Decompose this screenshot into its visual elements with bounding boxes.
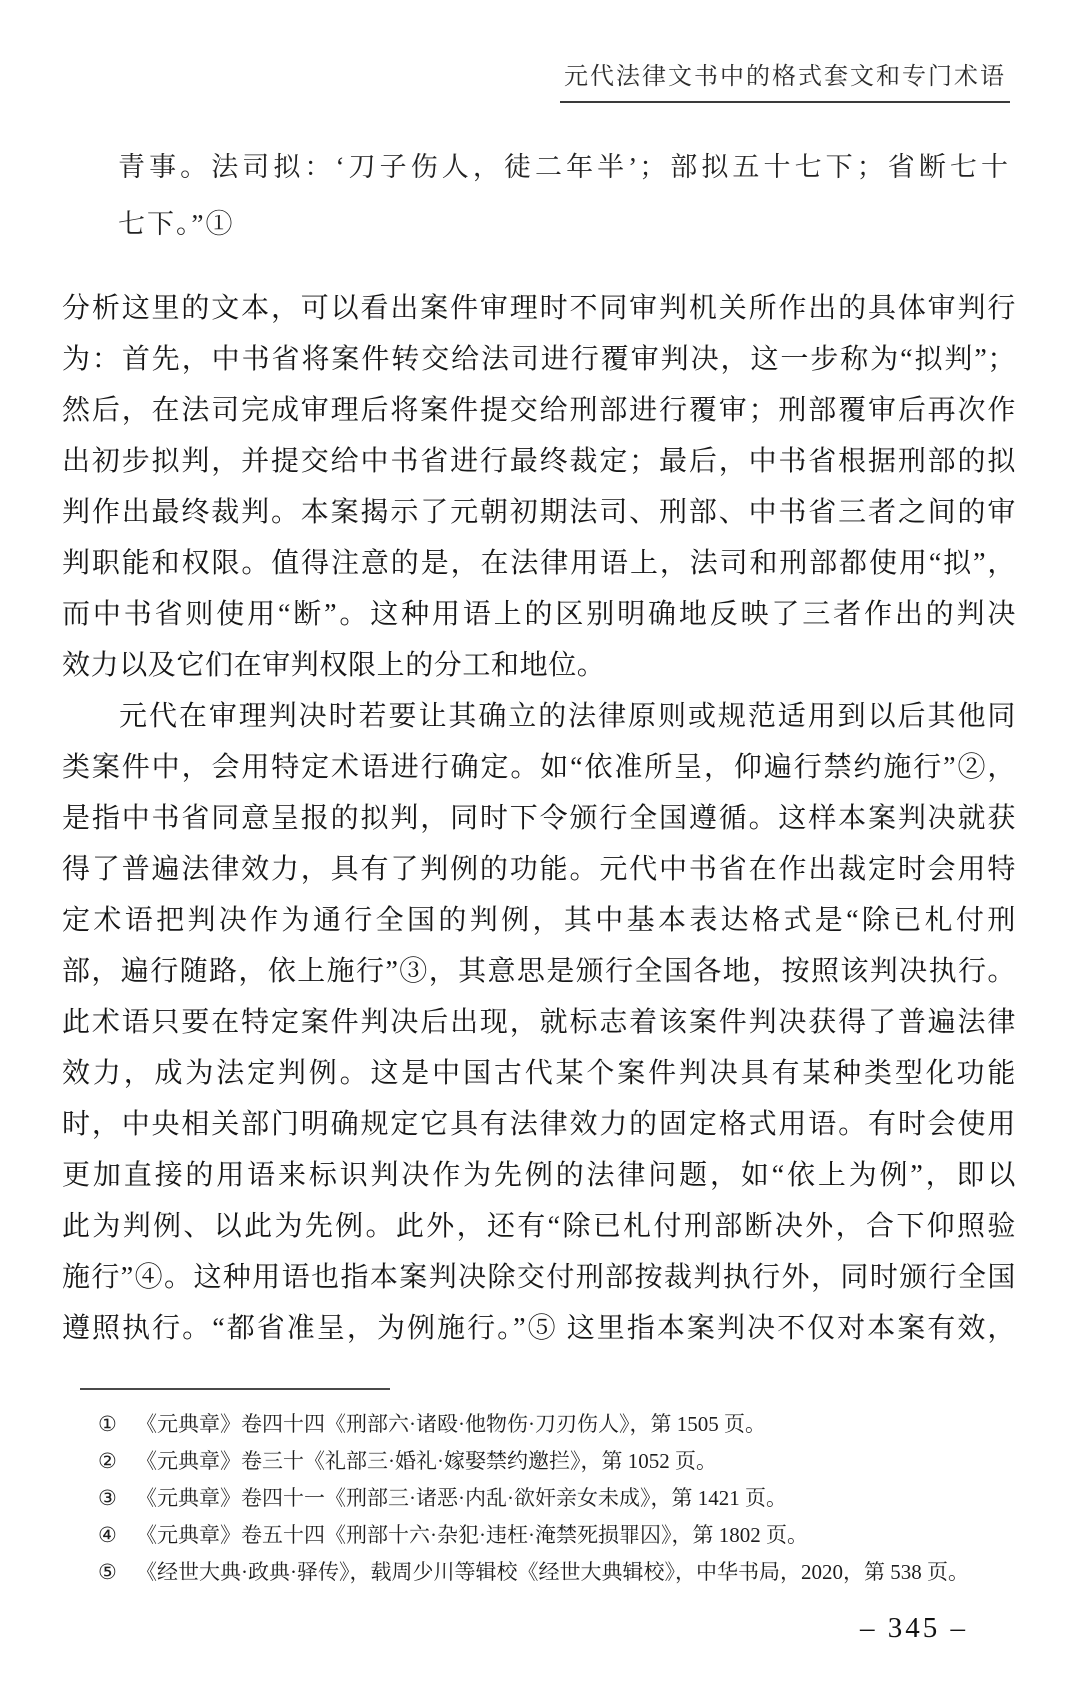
body-line: 定术语把判决作为通行全国的判例，其中基本表达格式是“除已札付刑 — [62, 895, 1016, 946]
footnote-marker: ③ — [98, 1480, 136, 1517]
body-line: 为：首先，中书省将案件转交给法司进行覆审判决，这一步称为“拟判”； — [62, 334, 1016, 385]
footnote-text: 《经世大典·政典·驿传》，载周少川等辑校《经世大典辑校》，中华书局，2020，第… — [136, 1554, 1014, 1591]
body-text: 分析这里的文本，可以看出案件审理时不同审判机关所作出的具体审判行 为：首先，中书… — [62, 283, 1016, 1354]
footnote-item: ② 《元典章》卷三十《礼部三·婚礼·嫁娶禁约邀拦》，第 1052 页。 — [98, 1443, 1014, 1480]
document-page: 元代法律文书中的格式套文和专门术语 青事。法司拟：‘刀子伤人，徒二年半’；部拟五… — [0, 0, 1080, 1695]
footnote-marker: ⑤ — [98, 1554, 136, 1591]
footnote-marker: ② — [98, 1443, 136, 1480]
footnote-marker: ① — [98, 1406, 136, 1443]
body-line: 效力，成为法定判例。这是中国古代某个案件判决具有某种类型化功能 — [62, 1048, 1016, 1099]
body-line: 得了普遍法律效力，具有了判例的功能。元代中书省在作出裁定时会用特 — [62, 844, 1016, 895]
paragraph-1: 分析这里的文本，可以看出案件审理时不同审判机关所作出的具体审判行 为：首先，中书… — [62, 283, 1016, 691]
page-header: 元代法律文书中的格式套文和专门术语 — [0, 0, 1080, 103]
footnote-text: 《元典章》卷四十四《刑部六·诸殴·他物伤·刀刃伤人》，第 1505 页。 — [136, 1406, 1014, 1443]
running-title: 元代法律文书中的格式套文和专门术语 — [560, 56, 1010, 103]
body-line: 出初步拟判，并提交给中书省进行最终裁定；最后，中书省根据刑部的拟 — [62, 436, 1016, 487]
body-line: 效力以及它们在审判权限上的分工和地位。 — [62, 640, 1016, 691]
footnote-marker: ④ — [98, 1517, 136, 1554]
footnote-item: ③ 《元典章》卷四十一《刑部三·诸恶·内乱·欲奸亲女未成》，第 1421 页。 — [98, 1480, 1014, 1517]
footnote-item: ④ 《元典章》卷五十四《刑部十六·杂犯·违枉·淹禁死损罪囚》，第 1802 页。 — [98, 1517, 1014, 1554]
body-line: 遵照执行。“都省准呈，为例施行。”⑤ 这里指本案判决不仅对本案有效， — [62, 1303, 1016, 1354]
body-line: 此术语只要在特定案件判决后出现，就标志着该案件判决获得了普遍法律 — [62, 997, 1016, 1048]
body-line: 更加直接的用语来标识判决作为先例的法律问题，如“依上为例”，即以 — [62, 1150, 1016, 1201]
paragraph-2: 元代在审理判决时若要让其确立的法律原则或规范适用到以后其他同 类案件中，会用特定… — [62, 691, 1016, 1354]
body-line: 判作出最终裁判。本案揭示了元朝初期法司、刑部、中书省三者之间的审 — [62, 487, 1016, 538]
body-line: 元代在审理判决时若要让其确立的法律原则或规范适用到以后其他同 — [62, 691, 1016, 742]
footnote-item: ⑤ 《经世大典·政典·驿传》，载周少川等辑校《经世大典辑校》，中华书局，2020… — [98, 1554, 1014, 1591]
footnote-text: 《元典章》卷五十四《刑部十六·杂犯·违枉·淹禁死损罪囚》，第 1802 页。 — [136, 1517, 1014, 1554]
body-line: 分析这里的文本，可以看出案件审理时不同审判机关所作出的具体审判行 — [62, 283, 1016, 334]
page-number: – 345 – — [860, 1612, 968, 1645]
body-line: 此为判例、以此为先例。此外，还有“除已札付刑部断决外，合下仰照验 — [62, 1201, 1016, 1252]
footnote-item: ① 《元典章》卷四十四《刑部六·诸殴·他物伤·刀刃伤人》，第 1505 页。 — [98, 1406, 1014, 1443]
footnotes: ① 《元典章》卷四十四《刑部六·诸殴·他物伤·刀刃伤人》，第 1505 页。 ②… — [98, 1406, 1014, 1591]
body-line: 而中书省则使用“断”。这种用语上的区别明确地反映了三者作出的判决 — [62, 589, 1016, 640]
body-line: 部，遍行随路，依上施行”③，其意思是颁行全国各地，按照该判决执行。 — [62, 946, 1016, 997]
body-line: 时，中央相关部门明确规定它具有法律效力的固定格式用语。有时会使用 — [62, 1099, 1016, 1150]
body-line: 然后，在法司完成审理后将案件提交给刑部进行覆审；刑部覆审后再次作 — [62, 385, 1016, 436]
body-line: 类案件中，会用特定术语进行确定。如“依准所呈，仰遍行禁约施行”②， — [62, 742, 1016, 793]
footnote-text: 《元典章》卷三十《礼部三·婚礼·嫁娶禁约邀拦》，第 1052 页。 — [136, 1443, 1014, 1480]
footnote-text: 《元典章》卷四十一《刑部三·诸恶·内乱·欲奸亲女未成》，第 1421 页。 — [136, 1480, 1014, 1517]
footnote-separator — [80, 1388, 390, 1390]
body-line: 是指中书省同意呈报的拟判，同时下令颁行全国遵循。这样本案判决就获 — [62, 793, 1016, 844]
quote-block: 青事。法司拟：‘刀子伤人，徒二年半’；部拟五十七下；省断七十 七下。”① — [118, 139, 1010, 253]
body-line: 判职能和权限。值得注意的是，在法律用语上，法司和刑部都使用“拟”， — [62, 538, 1016, 589]
body-line: 施行”④。这种用语也指本案判决除交付刑部按裁判执行外，同时颁行全国 — [62, 1252, 1016, 1303]
quote-line: 青事。法司拟：‘刀子伤人，徒二年半’；部拟五十七下；省断七十 — [118, 139, 1010, 196]
quote-line: 七下。”① — [118, 196, 1010, 253]
